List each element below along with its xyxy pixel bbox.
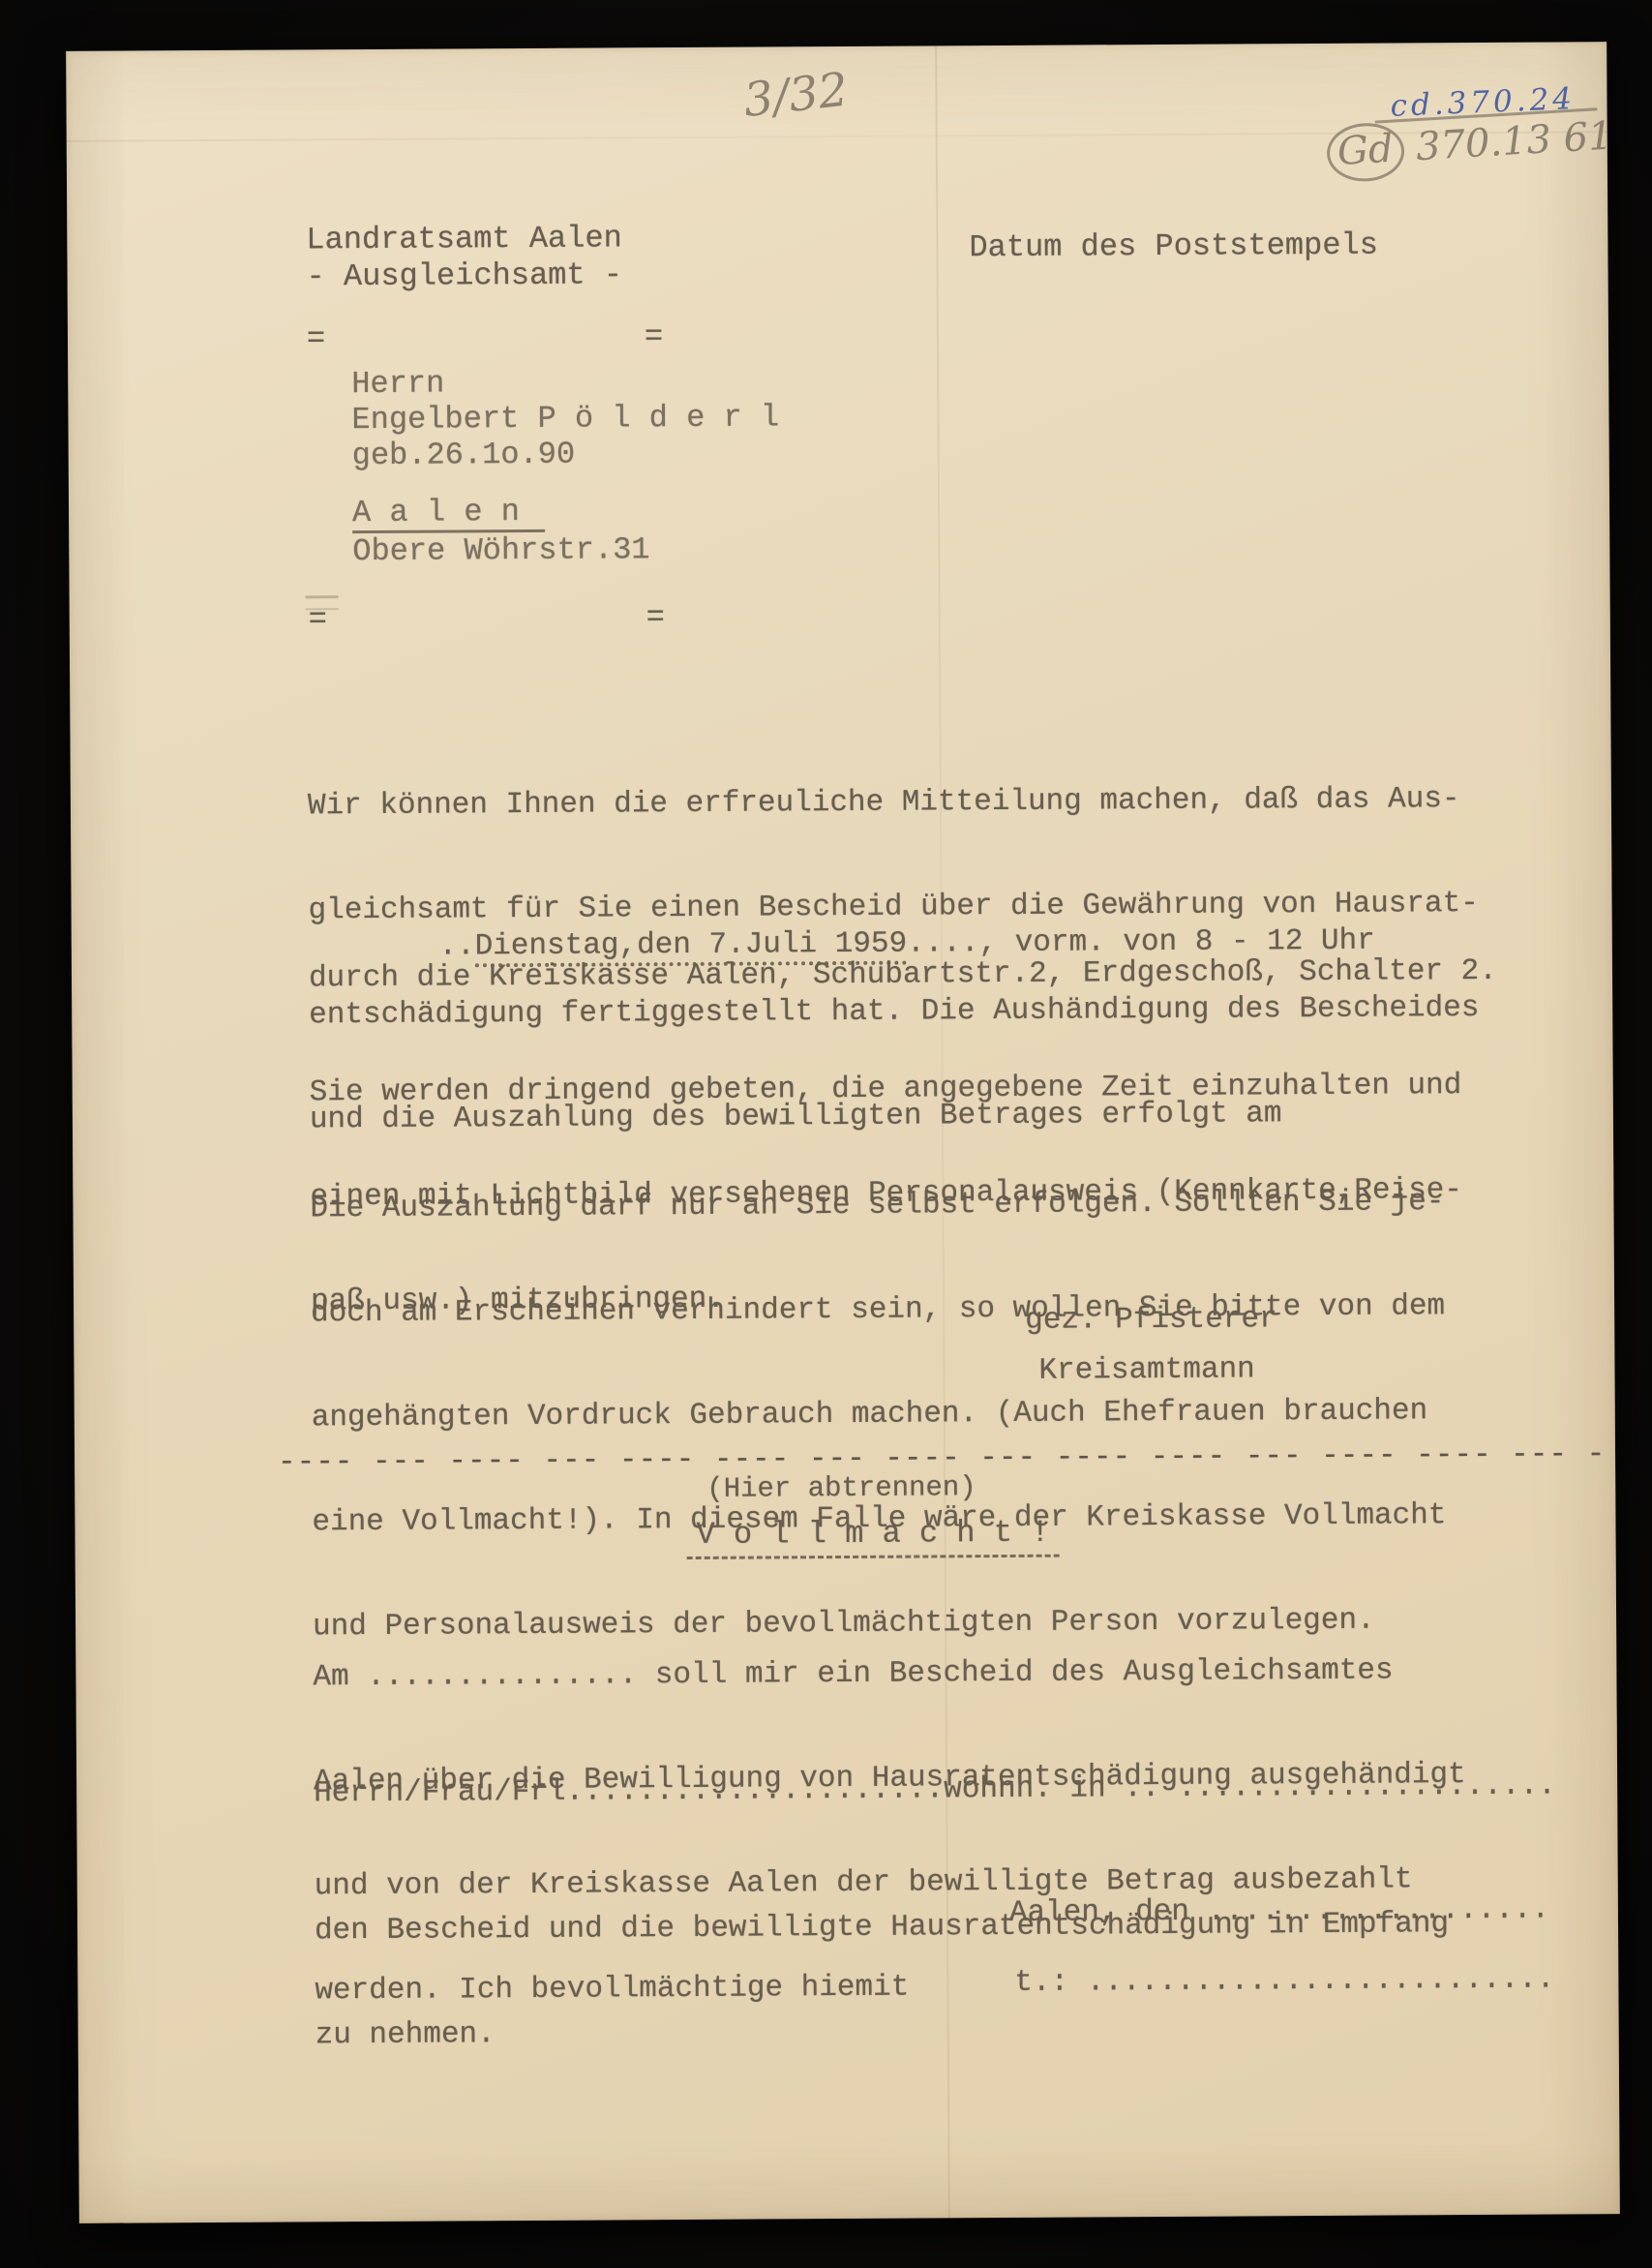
date-dots-prefix: .. [438, 929, 474, 963]
letter-sheet: 3/32 cd.370.24 Gd 370.13 61 Landratsamt … [66, 42, 1620, 2223]
handwritten-pencil-code: Gd 370.13 61 [1326, 113, 1614, 174]
fold-mark-top-left: = [307, 320, 326, 356]
fold-mark-bottom-left: = [309, 601, 328, 637]
scan-background: 3/32 cd.370.24 Gd 370.13 61 Landratsamt … [0, 0, 1652, 2268]
signature-signed: gez. Pfisterer [1025, 1302, 1277, 1339]
signature-fill-in: t.: .......................... [1014, 1963, 1554, 2001]
date-dots-suffix: ...., [907, 926, 997, 961]
recipient-birthdate: geb.26.1o.90 [352, 437, 576, 473]
fold-mark-bottom-right: = [646, 599, 666, 635]
office-department: - Ausgleichsamt - [306, 257, 622, 294]
handwritten-page-number: 3/32 [741, 62, 851, 128]
recipient-name: Engelbert P ö l d e r l [351, 399, 779, 438]
circled-prefix: Gd [1325, 121, 1405, 184]
payment-location-line: durch die Kreiskasse Aalen, Schubartstr.… [309, 954, 1497, 996]
recipient-salutation: Herrn [351, 366, 444, 403]
recipient-city: A a l e n [352, 494, 545, 533]
fold-mark-top-right: = [645, 318, 664, 354]
signature-title: Kreisamtmann [1038, 1352, 1254, 1388]
pencil-code-number: 370.13 61 [1415, 113, 1614, 169]
recipient-street: Obere Wöhrstr.31 [352, 531, 649, 569]
cut-here-label: (Hier abtrennen) [706, 1470, 976, 1507]
postmark-date-note: Datum des Poststempels [969, 227, 1378, 266]
place-date-fill-in: Aalen, den ................... [1009, 1893, 1549, 1931]
office-name: Landratsamt Aalen [306, 220, 622, 257]
vollmacht-heading: V o l l m a c h t ! [686, 1515, 1059, 1559]
